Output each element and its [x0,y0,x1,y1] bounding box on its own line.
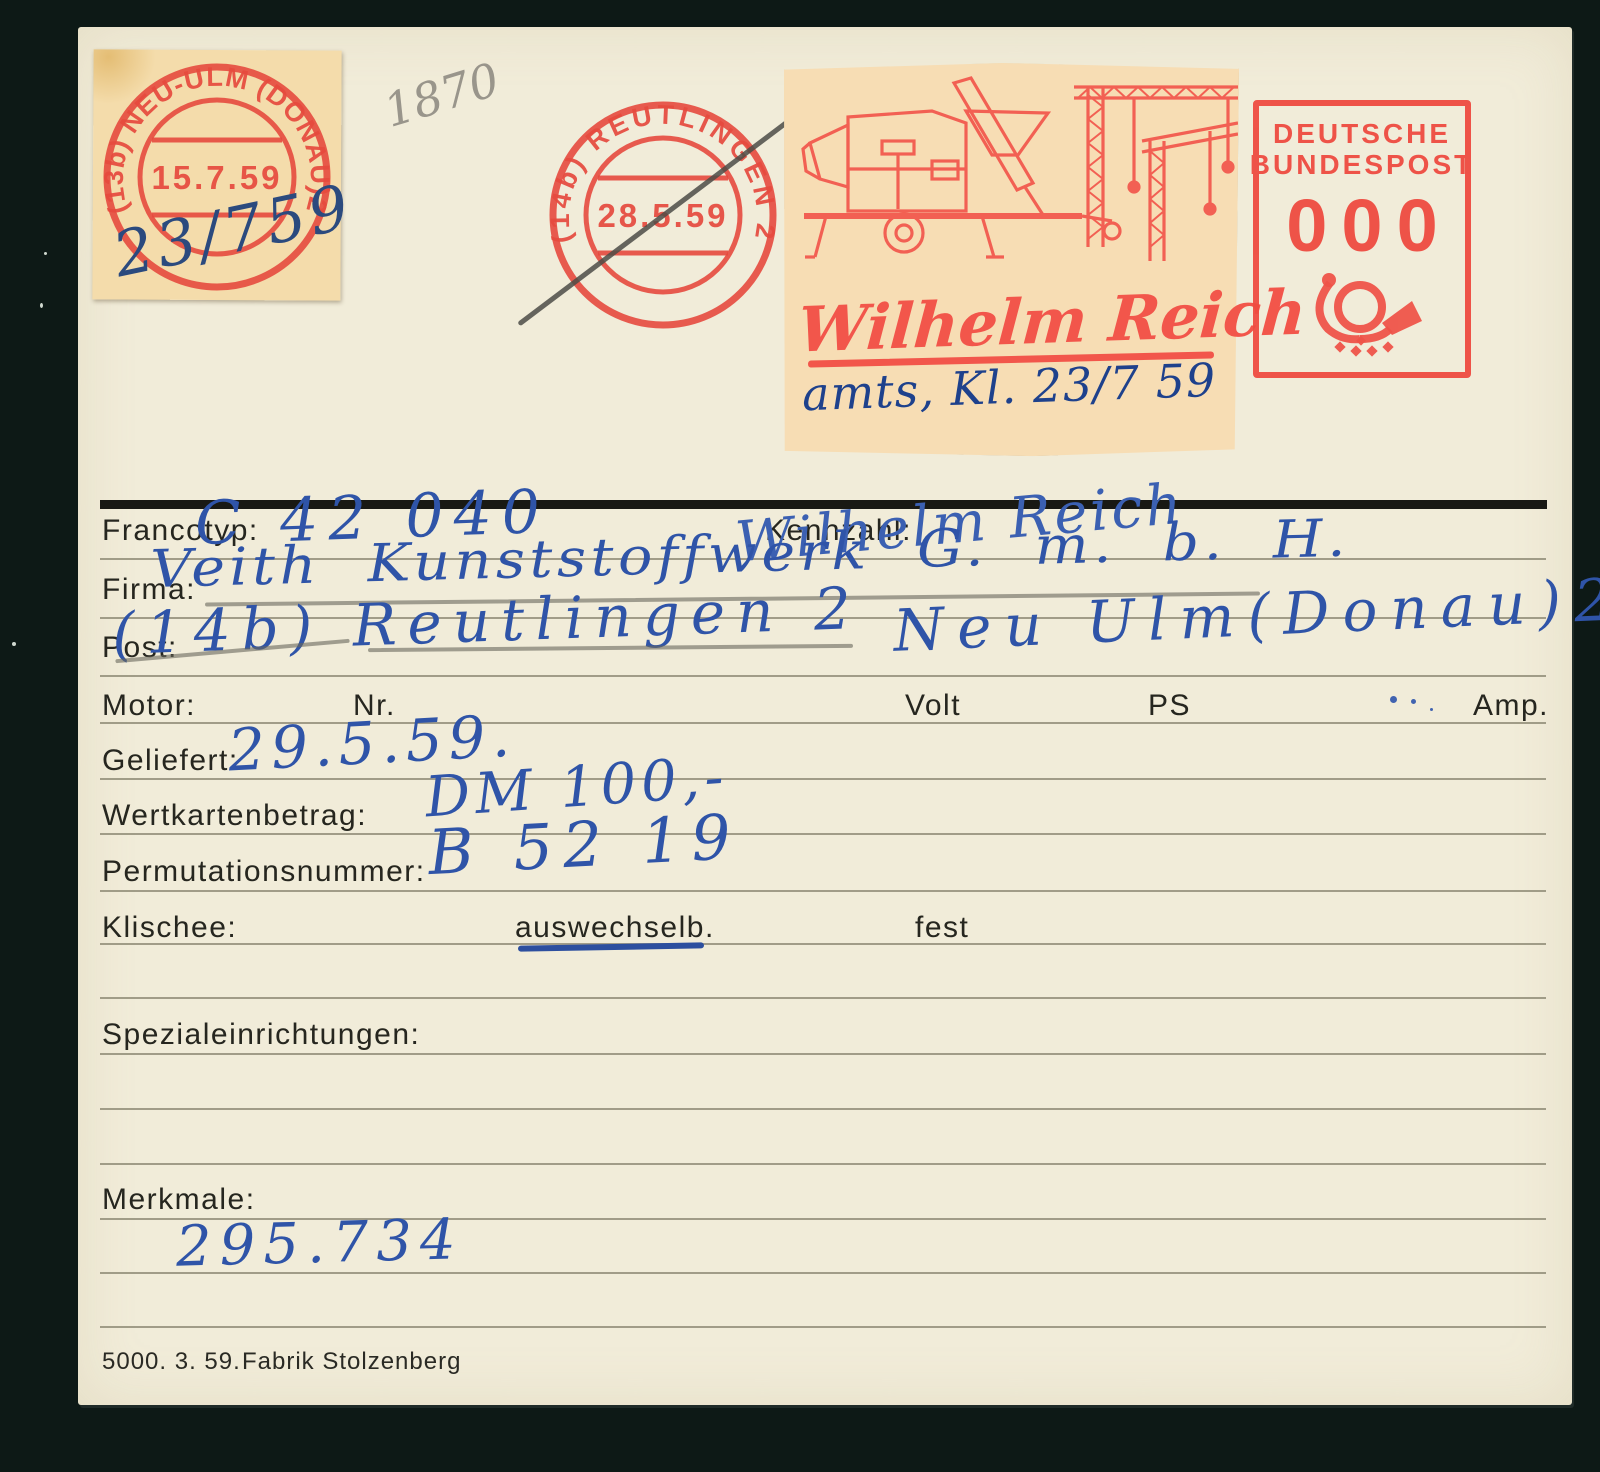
dust-speck [40,303,43,308]
label-klischee: Klischee: [102,911,237,945]
dust-speck [12,642,16,646]
label-motor-volt: Volt [905,689,961,723]
scanned-registration-card: (13b) NEU-ULM (DONAU)2 15.7.59 23/759 18… [0,0,1600,1472]
form-rule [100,943,1546,945]
label-spezialeinrichtungen: Spezialeinrichtungen: [102,1018,420,1052]
footer-imprint: 5000. 3. 59. [102,1348,241,1376]
bundespost-line1: DEUTSCHE [1273,118,1451,149]
option-fest: fest [915,911,969,945]
form-rule [100,1163,1546,1165]
label-geliefert: Geliefert: [102,744,239,778]
form-rule [100,1108,1546,1110]
post-horn-icon [1296,267,1428,359]
label-merkmale: Merkmale: [102,1183,256,1217]
mixer-and-cranes-illustration [790,75,1238,285]
form-rule [100,890,1546,892]
label-permutationsnummer: Permutationsnummer: [102,855,426,889]
label-motor: Motor: [102,689,196,723]
form-rule [100,1326,1546,1328]
label-motor-amp: Amp. [1473,689,1549,723]
label-motor-ps: PS [1148,689,1191,723]
footer-printer: Fabrik Stolzenberg [242,1348,461,1376]
ink-dots [1390,696,1397,703]
meter-value-frame: DEUTSCHE BUNDESPOST 000 [1253,100,1471,378]
handwriting-permutation-number: B 52 19 [427,806,743,884]
handwriting-merkmale-number: 295.734 [175,1212,464,1276]
form-rule [100,833,1546,835]
meter-value: 000 [1286,189,1451,263]
form-rule [100,675,1546,677]
dust-speck [44,252,47,255]
meter-annotation-handwriting: amts, Kl. 23/7 59 [801,357,1217,417]
form-rule [100,1053,1546,1055]
option-auswechselbar: auswechselb. [515,911,715,945]
bundespost-line2: BUNDESPOST [1250,149,1474,180]
form-rule [100,997,1546,999]
label-wertkartenbetrag: Wertkartenbetrag: [102,799,367,833]
